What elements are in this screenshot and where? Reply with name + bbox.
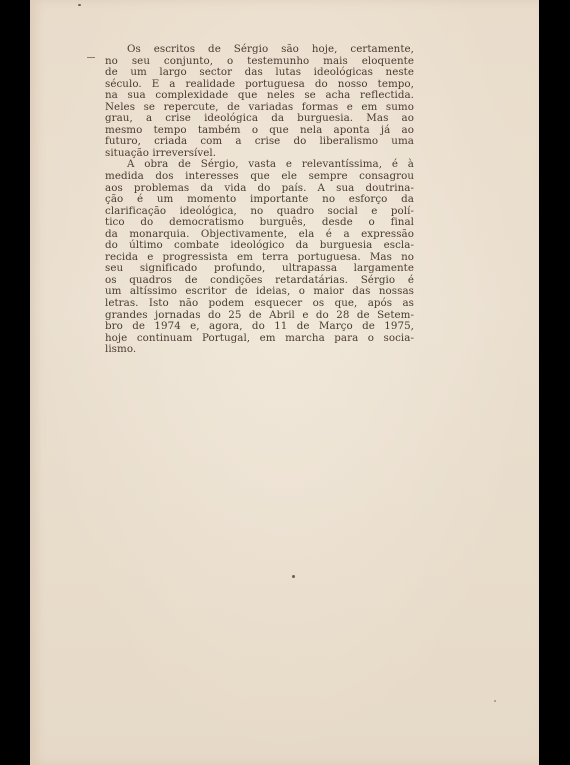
ink-speck [494, 700, 496, 702]
ink-speck [78, 4, 81, 6]
text-line: medida dos interesses que ele sempre con… [105, 171, 414, 183]
ink-speck [292, 575, 295, 578]
paragraph-1: Os escritos de Sérgio são hoje, certamen… [105, 44, 414, 159]
text-line: na sua complexidade que neles se acha re… [105, 90, 414, 102]
text-line: Os escritos de Sérgio são hoje, certamen… [105, 44, 414, 56]
paragraph-2: A obra de Sérgio, vasta e relevantíssima… [105, 159, 414, 355]
body-text: Os escritos de Sérgio são hoje, certamen… [105, 44, 414, 356]
text-line: ção é um momento importante no esforço d… [105, 194, 414, 206]
text-line: hoje continuam Portugal, em marcha para … [105, 333, 414, 345]
text-line: letras. Isto não podem esquecer os que, … [105, 298, 414, 310]
text-line: lismo. [105, 344, 414, 356]
book-page: Os escritos de Sérgio são hoje, certamen… [30, 0, 539, 765]
margin-mark [87, 57, 95, 58]
text-line: bro de 1974 e, agora, do 11 de Março de … [105, 321, 414, 333]
text-line: de um largo sector das lutas ideológicas… [105, 67, 414, 79]
